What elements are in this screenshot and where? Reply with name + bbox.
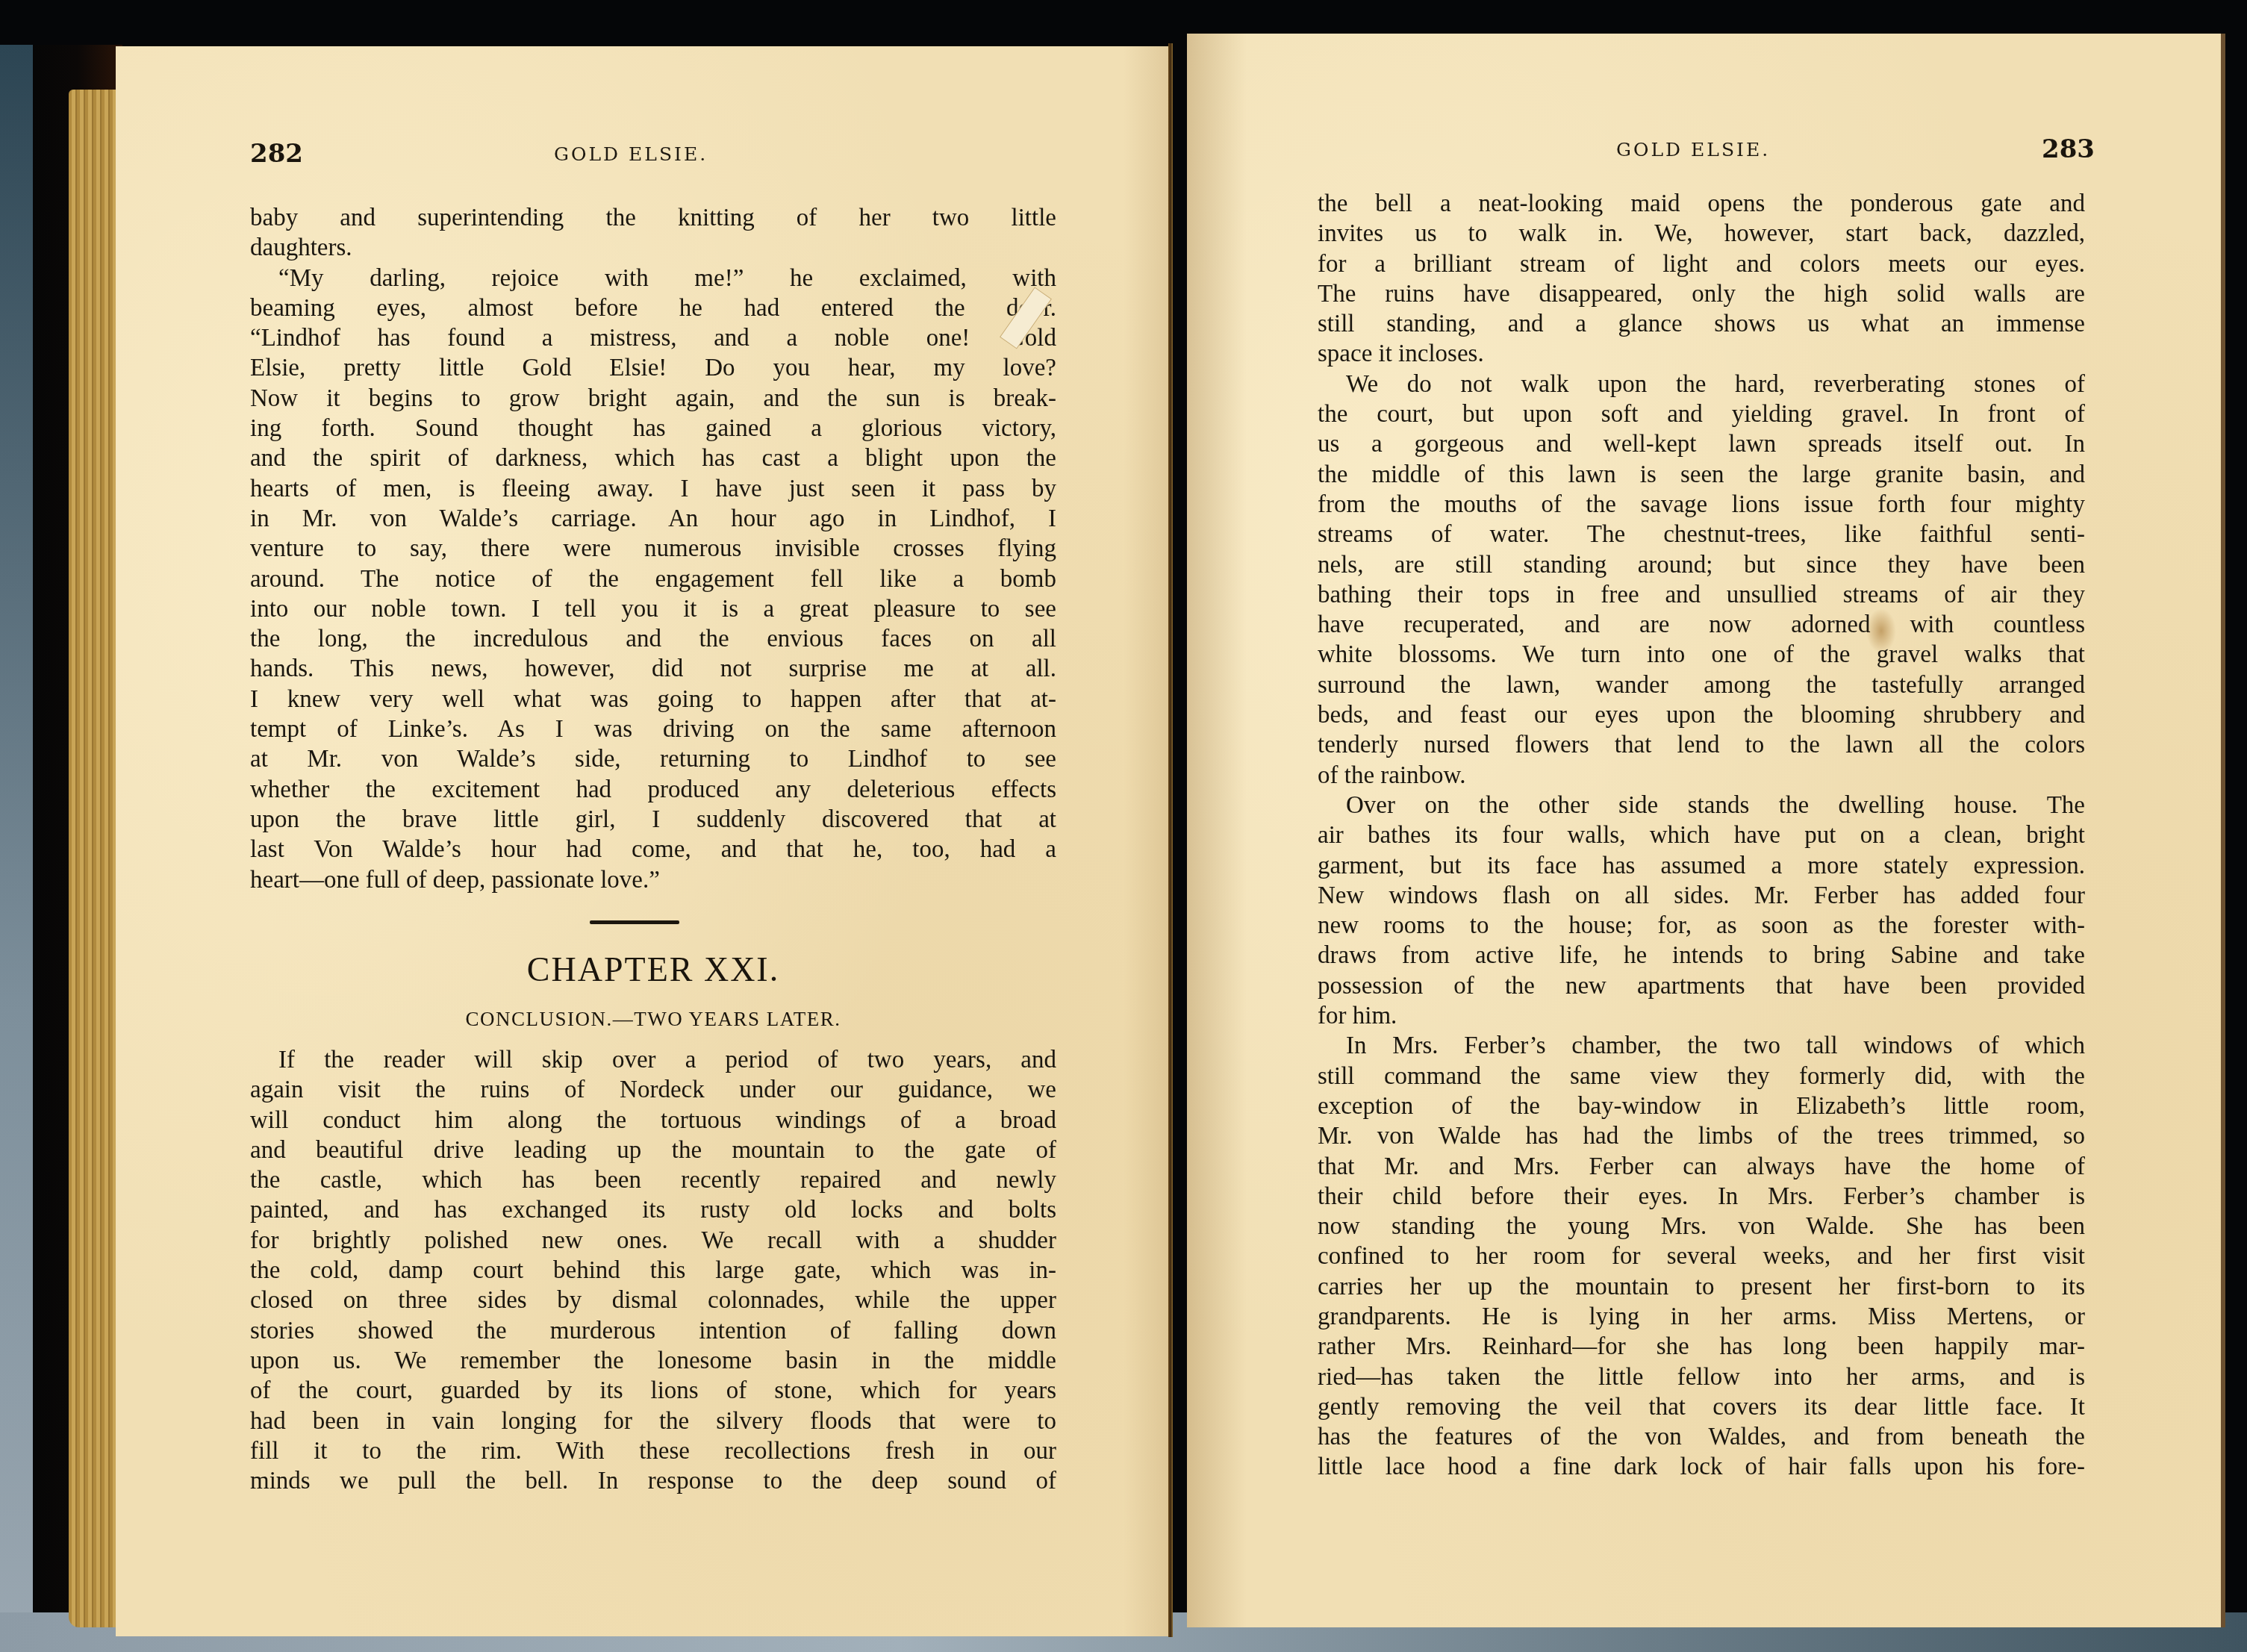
page-number-right: 283 [2042, 134, 2095, 164]
text-line: space it incloses. [1318, 339, 2085, 369]
text-line: beaming eyes, almost before he had enter… [250, 293, 1056, 323]
text-line: streams of water. The chestnut-trees, li… [1318, 520, 2085, 549]
text-line: tenderly nursed flowers that lend to the… [1318, 730, 2085, 760]
text-line: now standing the young Mrs. von Walde. S… [1318, 1212, 2085, 1241]
text-line: at Mr. von Walde’s side, returning to Li… [250, 744, 1056, 774]
text-line: ing forth. Sound thought has gained a gl… [250, 414, 1056, 443]
text-line: and the spirit of darkness, which has ca… [250, 443, 1056, 473]
text-line: The ruins have disappeared, only the hig… [1318, 279, 2085, 309]
text-line: for him. [1318, 1001, 2085, 1031]
text-line: new rooms to the house; for, as soon as … [1318, 911, 2085, 941]
text-line: little lace hood a fine dark lock of hai… [1318, 1452, 2085, 1482]
text-line: have recuperated, and are now adorned wi… [1318, 610, 2085, 640]
text-line: We do not walk upon the hard, reverberat… [1318, 370, 2085, 399]
text-line: beds, and feast our eyes upon the bloomi… [1318, 700, 2085, 730]
running-head-right: GOLD ELSIE. [1616, 139, 1770, 160]
text-line: garment, but its face has assumed a more… [1318, 851, 2085, 881]
text-line: bathing their tops in free and unsullied… [1318, 580, 2085, 610]
text-line: Now it begins to grow bright again, and … [250, 384, 1056, 414]
text-line: still command the same view they formerl… [1318, 1062, 2085, 1091]
page-number-left: 282 [250, 139, 303, 169]
text-line: still standing, and a glance shows us wh… [1318, 309, 2085, 339]
text-line: confined to her room for several weeks, … [1318, 1241, 2085, 1271]
text-line: “My darling, rejoice with me!” he exclai… [250, 264, 1056, 293]
text-line: air bathes its four walls, which have pu… [1318, 820, 2085, 850]
text-line: surround the lawn, wander among the tast… [1318, 670, 2085, 700]
text-line: nels, are still standing around; but sin… [1318, 550, 2085, 580]
text-line: us a gorgeous and well-kept lawn spreads… [1318, 429, 2085, 459]
text-line: New windows flash on all sides. Mr. Ferb… [1318, 881, 2085, 911]
text-line: gently removing the veil that covers its… [1318, 1392, 2085, 1422]
text-line: minds we pull the bell. In response to t… [250, 1466, 1056, 1496]
text-line: for brightly polished new ones. We recal… [250, 1226, 1056, 1256]
text-line: around. The notice of the engagement fel… [250, 564, 1056, 594]
text-line: draws from active life, he intends to br… [1318, 941, 2085, 970]
text-line: again visit the ruins of Nordeck under o… [250, 1075, 1056, 1105]
text-line: exception of the bay-window in Elizabeth… [1318, 1091, 2085, 1121]
text-line: daughters. [250, 233, 1056, 263]
chapter-title: CHAPTER XXI. [250, 950, 1056, 989]
text-line: I knew very well what was going to happe… [250, 685, 1056, 714]
text-line: rather Mrs. Reinhard—for she has long be… [1318, 1332, 2085, 1362]
text-line: white blossoms. We turn into one of the … [1318, 640, 2085, 670]
text-line: of the court, guarded by its lions of st… [250, 1376, 1056, 1406]
text-line: possession of the new apartments that ha… [1318, 971, 2085, 1001]
text-line: the middle of this lawn is seen the larg… [1318, 460, 2085, 490]
text-line: baby and superintending the knitting of … [250, 203, 1056, 233]
text-line: ried—has taken the little fellow into he… [1318, 1362, 2085, 1392]
text-line: tempt of Linke’s. As I was driving on th… [250, 714, 1056, 744]
text-line: and beautiful drive leading up the mount… [250, 1135, 1056, 1165]
chapter-subtitle: CONCLUSION.—TWO YEARS LATER. [250, 1008, 1056, 1031]
text-line: heart—one full of deep, passionate love.… [250, 865, 1056, 895]
text-line: the long, the incredulous and the enviou… [250, 624, 1056, 654]
text-line: closed on three sides by dismal colonnad… [250, 1285, 1056, 1315]
text-line: painted, and has exchanged its rusty old… [250, 1195, 1056, 1225]
text-line: in Mr. von Walde’s carriage. An hour ago… [250, 504, 1056, 534]
text-line: hearts of men, is fleeing away. I have j… [250, 474, 1056, 504]
text-line: the court, but upon soft and yielding gr… [1318, 399, 2085, 429]
text-line: has the features of the von Waldes, and … [1318, 1422, 2085, 1452]
running-head-left: GOLD ELSIE. [554, 143, 708, 165]
text-line: the bell a neat-looking maid opens the p… [1318, 189, 2085, 219]
text-line: had been in vain longing for the silvery… [250, 1406, 1056, 1436]
text-line: that Mr. and Mrs. Ferber can always have… [1318, 1152, 2085, 1182]
text-line: fill it to the rim. With these recollect… [250, 1436, 1056, 1466]
text-line: the castle, which has been recently repa… [250, 1165, 1056, 1195]
text-line: whether the excitement had produced any … [250, 775, 1056, 805]
text-line: will conduct him along the tortuous wind… [250, 1106, 1056, 1135]
text-line: grandparents. He is lying in her arms. M… [1318, 1302, 2085, 1332]
text-line: last Von Walde’s hour had come, and that… [250, 835, 1056, 864]
text-line: In Mrs. Ferber’s chamber, the two tall w… [1318, 1031, 2085, 1061]
text-line: Mr. von Walde has had the limbs of the t… [1318, 1121, 2085, 1151]
text-line: from the mouths of the savage lions issu… [1318, 490, 2085, 520]
book-gutter [1168, 43, 1173, 1637]
text-line: “Lindhof has found a mistress, and a nob… [250, 323, 1056, 353]
right-page-text: the bell a neat-looking maid opens the p… [1318, 189, 2085, 1483]
text-line: upon us. We remember the lonesome basin … [250, 1346, 1056, 1376]
text-line: the cold, damp court behind this large g… [250, 1256, 1056, 1285]
left-page-text-bottom: If the reader will skip over a period of… [250, 1045, 1056, 1496]
section-rule [590, 920, 679, 924]
paper-stain [1866, 608, 1896, 653]
page-edges [69, 90, 121, 1627]
text-line: of the rainbow. [1318, 761, 2085, 791]
text-line: stories showed the murderous intention o… [250, 1316, 1056, 1346]
text-line: invites us to walk in. We, however, star… [1318, 219, 2085, 249]
text-line: Elsie, pretty little Gold Elsie! Do you … [250, 353, 1056, 383]
text-line: their child before their eyes. In Mrs. F… [1318, 1182, 2085, 1212]
left-page-text-top: baby and superintending the knitting of … [250, 203, 1056, 895]
text-line: for a brilliant stream of light and colo… [1318, 249, 2085, 279]
text-line: upon the brave little girl, I suddenly d… [250, 805, 1056, 835]
book-cover-right-edge [2221, 34, 2225, 1627]
text-line: hands. This news, however, did not surpr… [250, 654, 1056, 684]
scan-background-left [0, 45, 33, 1652]
text-line: carries her up the mountain to present h… [1318, 1272, 2085, 1302]
text-line: Over on the other side stands the dwelli… [1318, 791, 2085, 820]
text-line: If the reader will skip over a period of… [250, 1045, 1056, 1075]
text-line: venture to say, there were numerous invi… [250, 534, 1056, 564]
text-line: into our noble town. I tell you it is a … [250, 594, 1056, 624]
